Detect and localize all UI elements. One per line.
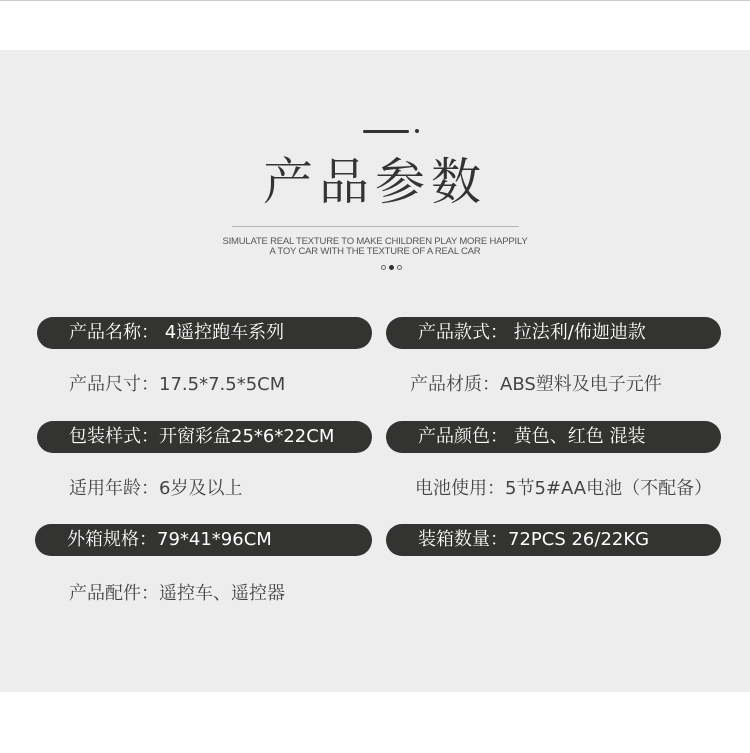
subtitle-line-2: A TOY CAR WITH THE TEXTURE OF A REAL CAR	[0, 246, 750, 257]
pager-dot-active	[389, 265, 394, 270]
spec-packaging: 包装样式：开窗彩盒25*6*22CM	[37, 421, 372, 453]
spec-value: 拉法利/佈迦迪款	[508, 322, 646, 343]
spec-value: 遥控车、遥控器	[159, 583, 285, 604]
spec-age: 适用年龄：6岁及以上	[69, 477, 242, 501]
spec-product-name: 产品名称： 4遥控跑车系列	[37, 317, 372, 349]
pager-dot	[397, 265, 402, 270]
pager-dots	[381, 265, 402, 270]
spec-value: ABS塑料及电子元件	[500, 374, 662, 395]
spec-label: 产品款式：	[418, 322, 508, 343]
top-divider	[0, 0, 750, 1]
spec-value: 17.5*7.5*5CM	[159, 374, 285, 395]
spec-value: 4遥控跑车系列	[159, 322, 284, 343]
spec-label: 适用年龄：	[69, 478, 159, 499]
spec-accessories: 产品配件：遥控车、遥控器	[69, 582, 285, 606]
spec-value: 6岁及以上	[159, 478, 242, 499]
spec-value: 5节5#AA电池（不配备）	[505, 478, 712, 499]
spec-label: 外箱规格：	[67, 529, 157, 550]
spec-label: 产品颜色：	[418, 426, 508, 447]
spec-product-material: 产品材质：ABS塑料及电子元件	[410, 373, 662, 397]
spec-carton-size: 外箱规格：79*41*96CM	[35, 524, 372, 556]
decorative-dot	[415, 129, 419, 133]
spec-value: 开窗彩盒25*6*22CM	[159, 426, 334, 447]
spec-label: 产品配件：	[69, 583, 159, 604]
spec-product-color: 产品颜色： 黄色、红色 混装	[386, 421, 721, 453]
spec-product-style: 产品款式： 拉法利/佈迦迪款	[386, 317, 721, 349]
spec-product-size: 产品尺寸：17.5*7.5*5CM	[69, 373, 285, 397]
decorative-dash	[363, 130, 409, 133]
spec-value: 79*41*96CM	[157, 529, 272, 550]
spec-battery: 电池使用：5节5#AA电池（不配备）	[415, 477, 712, 501]
spec-label: 装箱数量：	[418, 529, 508, 550]
page-title: 产品参数	[0, 150, 750, 214]
spec-label: 电池使用：	[415, 478, 505, 499]
spec-value: 黄色、红色 混装	[508, 426, 645, 447]
title-divider	[232, 226, 519, 227]
spec-label: 产品尺寸：	[69, 374, 159, 395]
spec-value: 72PCS 26/22KG	[508, 529, 649, 550]
spec-carton-quantity: 装箱数量：72PCS 26/22KG	[386, 524, 721, 556]
pager-dot	[381, 265, 386, 270]
spec-label: 产品材质：	[410, 374, 500, 395]
spec-label: 包装样式：	[69, 426, 159, 447]
spec-label: 产品名称：	[69, 322, 159, 343]
